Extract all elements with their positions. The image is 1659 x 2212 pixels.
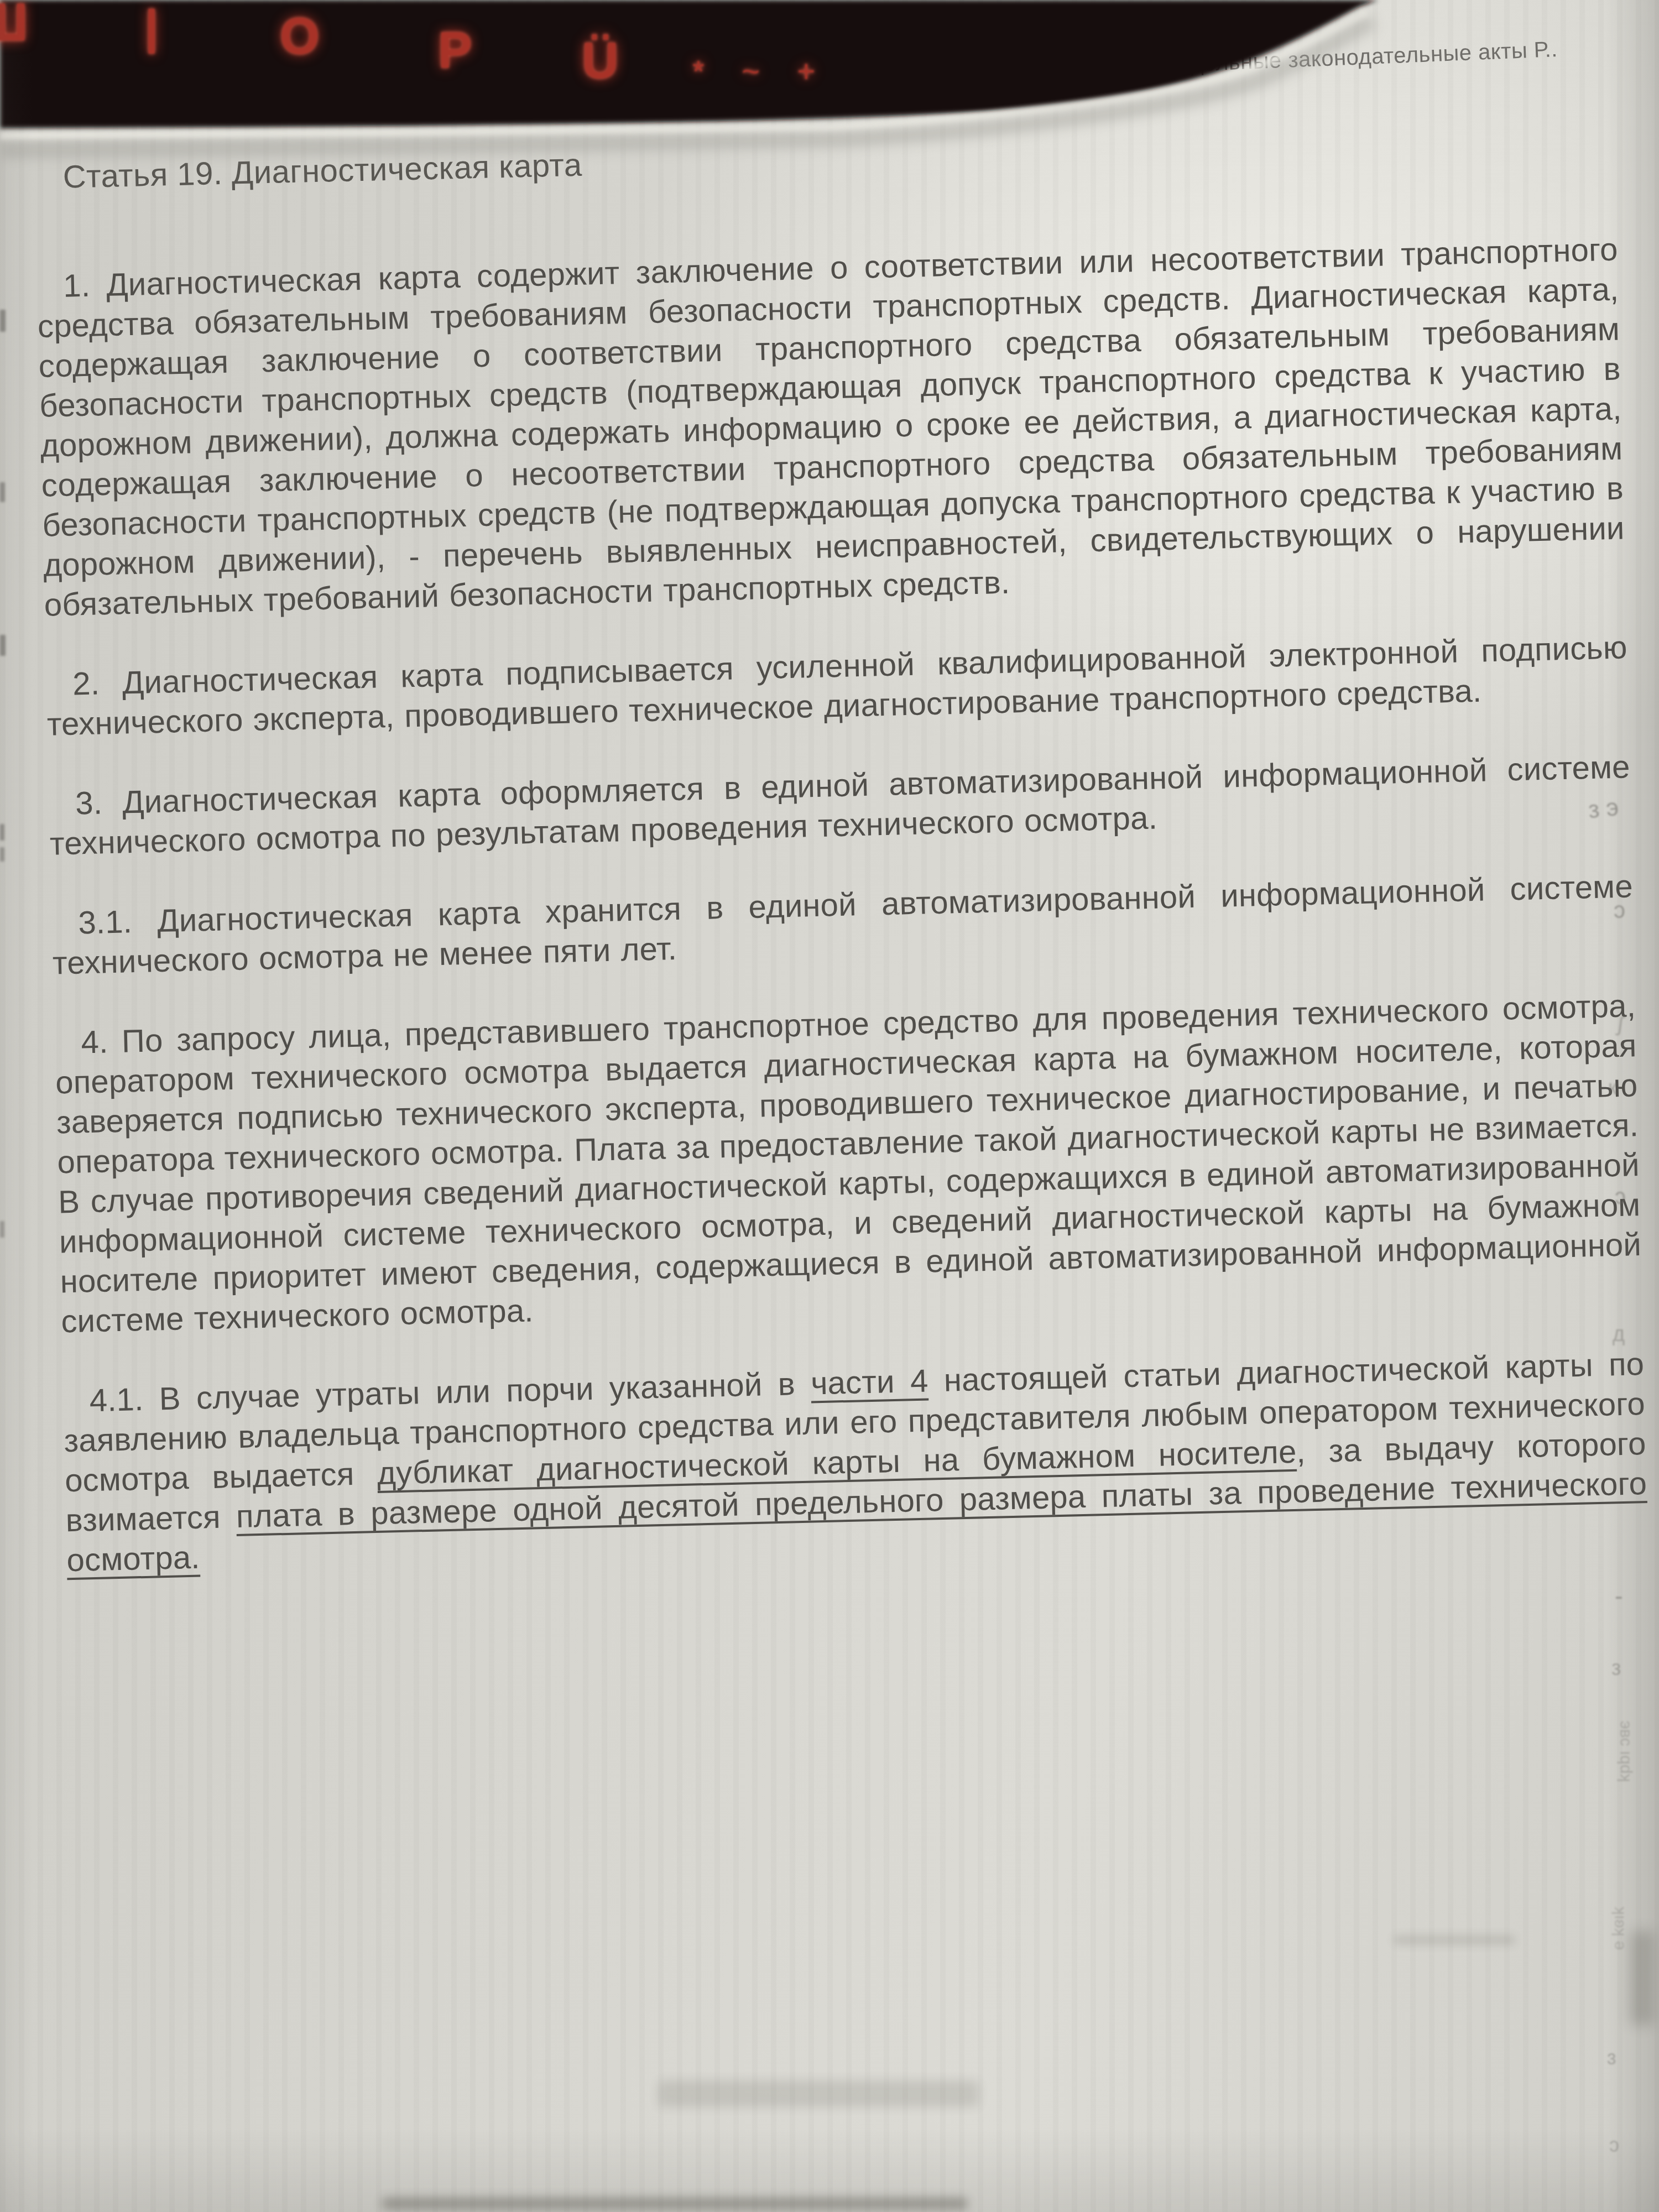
bleed-mark: ʞıʚʞ ǝ <box>1610 1907 1629 1950</box>
bleed-mark: з <box>1611 1657 1621 1681</box>
keyboard-key-glyph: Ü <box>582 32 618 90</box>
keyboard-key-glyph: О <box>280 8 320 66</box>
bleed-mark: эвс ıqdʞ <box>1616 1721 1635 1782</box>
edge-tick <box>0 635 6 656</box>
bleed-mark: з э <box>1587 794 1620 824</box>
bleed-mark: ɜ <box>1607 2046 1616 2069</box>
bleed-mark: д <box>1613 1323 1625 1347</box>
bleed-mark: ɔ <box>1615 1185 1626 1209</box>
keyboard-key-glyph: * ~ + <box>692 53 830 89</box>
photo-of-printed-page: 18.02.2026, 08:52 170-ФЗ О техническом о… <box>0 0 1659 2212</box>
smudge <box>1630 1931 1655 2025</box>
edge-tick <box>0 1221 4 1238</box>
edge-tick <box>0 824 4 841</box>
keyboard-key-glyph: | <box>145 0 158 55</box>
bleed-mark: к <box>1608 1076 1617 1099</box>
bleed-mark: ɔ <box>1609 2133 1619 2157</box>
smudge <box>658 2080 979 2107</box>
keyboard-key-glyph: Ш <box>0 0 28 53</box>
edge-tick <box>0 847 4 862</box>
edge-tick <box>0 310 6 332</box>
bleed-through-artifacts: з эɔʃкɔд-зэвс ıqdʞʞıʚʞ ǝɜɔ <box>0 0 1659 2212</box>
bleed-mark: ʃ <box>1616 1013 1624 1037</box>
smudge <box>1394 1936 1515 1944</box>
bleed-mark: - <box>1615 1583 1623 1610</box>
keyboard-key-glyph: Р <box>438 22 472 80</box>
smudge <box>382 2198 968 2210</box>
edge-tick <box>0 482 5 502</box>
bleed-mark: ɔ <box>1614 897 1625 924</box>
page-ink-layer: 18.02.2026, 08:52 170-ФЗ О техническом о… <box>0 0 1659 2212</box>
keyboard-keys: Ш|ОРÜ* ~ + <box>0 0 1659 144</box>
